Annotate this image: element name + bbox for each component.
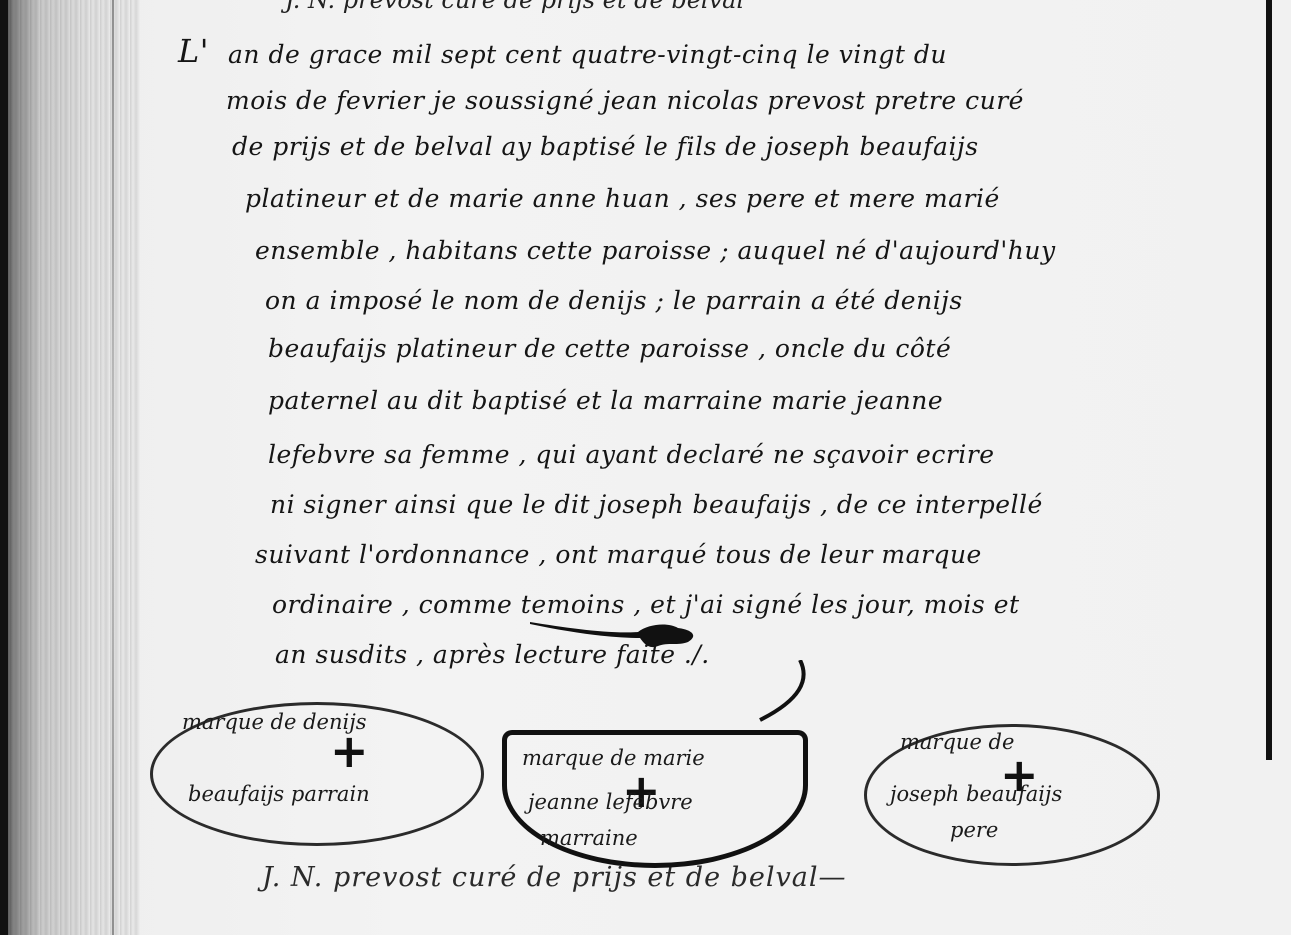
entry-line-5: ensemble , habitans cette paroisse ; auq… bbox=[255, 236, 1056, 265]
pere-mark-label-line3: pere bbox=[950, 818, 998, 842]
connector-stroke-icon bbox=[700, 660, 840, 730]
entry-line-4: platineur et de marie anne huan , ses pe… bbox=[245, 184, 1000, 213]
entry-line-11: suivant l'ordonnance , ont marqué tous d… bbox=[255, 540, 982, 569]
book-binding-gutter bbox=[0, 0, 140, 935]
entry-line-3: de prijs et de belval ay baptisé le fils… bbox=[232, 132, 979, 161]
entry-line-2: mois de fevrier je soussigné jean nicola… bbox=[226, 86, 1024, 115]
entry-line-1: an de grace mil sept cent quatre-vingt-c… bbox=[228, 40, 947, 69]
marraine-mark-label-line3: marraine bbox=[540, 826, 638, 850]
priest-signature: J. N. prevost curé de prijs et de belval… bbox=[262, 862, 847, 893]
pere-mark-label-line2: joseph beaufaijs bbox=[890, 782, 1062, 806]
entry-line-8: paternel au dit baptisé et la marraine m… bbox=[268, 386, 943, 415]
margin-initial: L' bbox=[178, 32, 209, 70]
register-page: J. N. prevost curé de prijs et de belval… bbox=[0, 0, 1291, 935]
parrain-mark-label-line2: beaufaijs parrain bbox=[188, 782, 370, 806]
previous-entry-signature-cut: J. N. prevost curé de prijs et de belval bbox=[285, 0, 744, 14]
ink-blot-pointer-icon bbox=[528, 612, 708, 652]
entry-line-9: lefebvre sa femme , qui ayant declaré ne… bbox=[268, 440, 995, 469]
pere-mark-label-line1: marque de bbox=[900, 730, 1014, 754]
entry-line-7: beaufaijs platineur de cette paroisse , … bbox=[268, 334, 951, 363]
marraine-mark-label-line1: marque de marie bbox=[522, 746, 705, 770]
binding-edge bbox=[0, 0, 8, 935]
marraine-mark-label-line2: jeanne lefebvre bbox=[528, 790, 693, 814]
page-fold-line bbox=[112, 0, 114, 935]
parrain-cross-mark-icon: + bbox=[330, 728, 369, 774]
entry-line-6: on a imposé le nom de denijs ; le parrai… bbox=[265, 286, 963, 315]
right-margin-rule bbox=[1266, 0, 1272, 760]
entry-line-10: ni signer ainsi que le dit joseph beaufa… bbox=[270, 490, 1043, 519]
